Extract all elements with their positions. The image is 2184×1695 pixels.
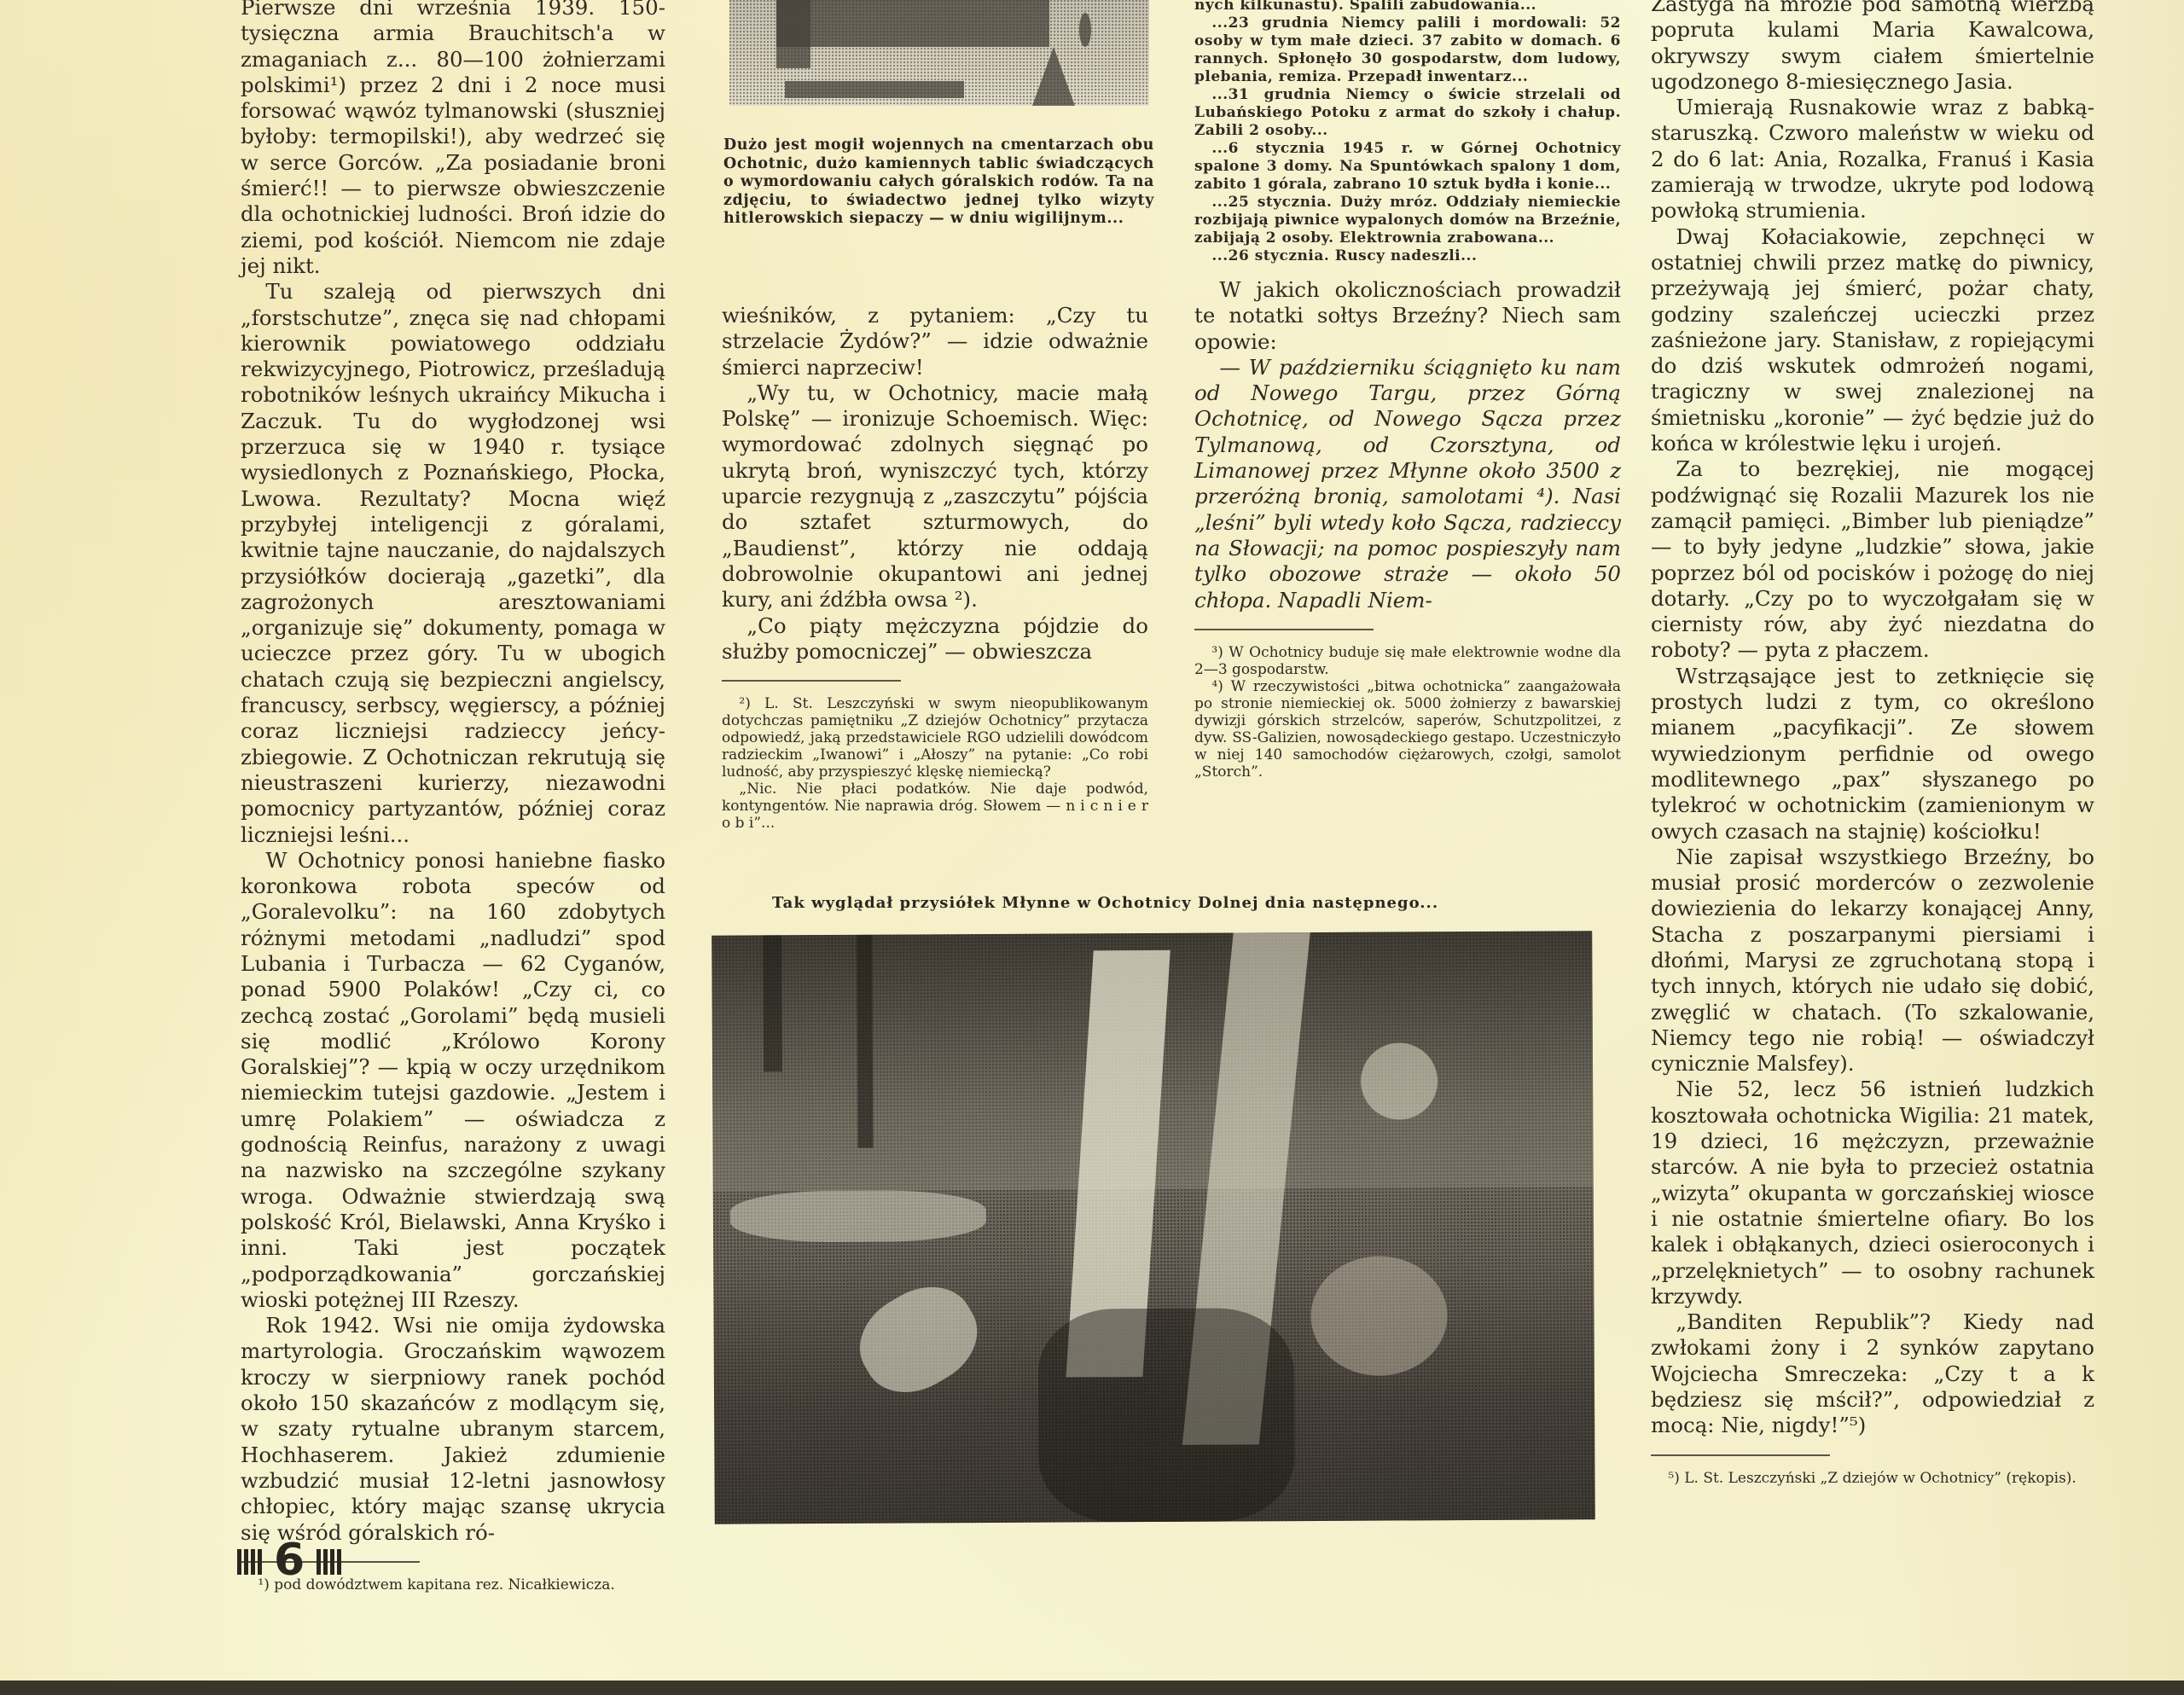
page-ornament-left [237,1546,262,1575]
paragraph: Wstrząsające jest to zetknięcie się pros… [1651,664,2094,845]
article-column-3: nych kilkunastu). Spalili zabudowania...… [1194,0,1621,781]
paragraph: Rok 1942. Wsi nie omija żydowska martyro… [241,1313,665,1546]
paragraph: Nie 52, lecz 56 istnień ludzkich kosztow… [1651,1077,2094,1309]
article-column-1: Pierwsze dni września 1939. 150-tysięczn… [241,0,665,1593]
paragraph: Nie zapisał wszystkiego Brzeźny, bo musi… [1651,845,2094,1077]
paragraph: W Ochotnicy ponosi haniebne fiasko koron… [241,848,665,1313]
chronicle-entry: ...26 stycznia. Ruscy nadeszli... [1194,247,1621,265]
footnote-divider [722,680,901,682]
grave-tablet-photo [729,0,1149,106]
footnote-5: ⁵) L. St. Leszczyński „Z dziejów w Ochot… [1651,1470,2094,1487]
paragraph: „Wy tu, w Ochotnicy, macie małą Polskę” … [722,380,1148,613]
scan-edge [0,1680,2184,1695]
top-photo-caption: Dużo jest mogił wojennych na cmentarzach… [723,136,1154,229]
chronicle-entry: ...31 grudnia Niemcy o świcie strzelali … [1194,86,1621,140]
footnote-divider [1651,1454,1830,1456]
footnote-divider [1194,629,1374,630]
paragraph: wieśników, z pytaniem: „Czy tu strzelaci… [722,303,1148,380]
chronicle-entry: ...6 stycznia 1945 r. w Górnej Ochotnicy… [1194,140,1621,194]
caption-text: Dużo jest mogił wojennych na cmentarzach… [723,136,1154,227]
article-column-4: Zastyga na mrozie pod samotną wierzbą po… [1651,0,2094,1487]
caption-text: Tak wyglądał przysiółek Młynne w Ochotni… [772,894,1438,912]
paragraph: Zastyga na mrozie pod samotną wierzbą po… [1651,0,2094,95]
footnotes-3-4: ³) W Ochotnicy buduje się małe elektrown… [1194,644,1621,781]
chronicle-entry: nych kilkunastu). Spalili zabudowania... [1194,0,1621,15]
footnote-text: ⁴) W rzeczywistości „bitwa ochotnicka” z… [1194,678,1621,781]
article-column-2: wieśników, z pytaniem: „Czy tu strzelaci… [722,303,1148,832]
footnote-text: ⁵) L. St. Leszczyński „Z dziejów w Ochot… [1651,1470,2094,1487]
quote-paragraph: — W październiku ściągnięto ku nam od No… [1194,355,1621,613]
chronicle-entries: nych kilkunastu). Spalili zabudowania...… [1194,0,1621,265]
page-number: 6 [237,1538,341,1582]
paragraph: Dwaj Kołaciakowie, zepchnęci w ostatniej… [1651,224,2094,457]
paragraph: W jakich okolicznościach prowadził te no… [1194,277,1621,355]
paragraph: Tu szaleją od pierwszych dni „forstschut… [241,279,665,848]
footnote-text: „Nic. Nie płaci podatków. Nie daje podwó… [722,781,1148,832]
bottom-photo-caption: Tak wyglądał przysiółek Młynne w Ochotni… [772,894,1574,912]
paragraph: „Banditen Republik”? Kiedy nad zwłokami … [1651,1309,2094,1438]
chronicle-entry: ...25 stycznia. Duży mróz. Oddziały niem… [1194,194,1621,247]
paragraph: Za to bezrękiej, nie mogącej podźwignąć … [1651,456,2094,663]
page-ornament-right [317,1546,341,1575]
footnote-text: ³) W Ochotnicy buduje się małe elektrown… [1194,644,1621,678]
footnote-2: ²) L. St. Leszczyński w swym nieopubliko… [722,695,1148,832]
footnote-text: ²) L. St. Leszczyński w swym nieopubliko… [722,695,1148,781]
paragraph: „Co piąty mężczyzna pójdzie do służby po… [722,613,1148,665]
paragraph: Pierwsze dni września 1939. 150-tysięczn… [241,0,665,279]
chronicle-entry: ...23 grudnia Niemcy palili i mordowali:… [1194,15,1621,86]
page-number-value: 6 [274,1538,305,1582]
paragraph: Umierają Rusnakowie wraz z babką-starusz… [1651,95,2094,223]
massacre-aftermath-photo [712,931,1595,1524]
